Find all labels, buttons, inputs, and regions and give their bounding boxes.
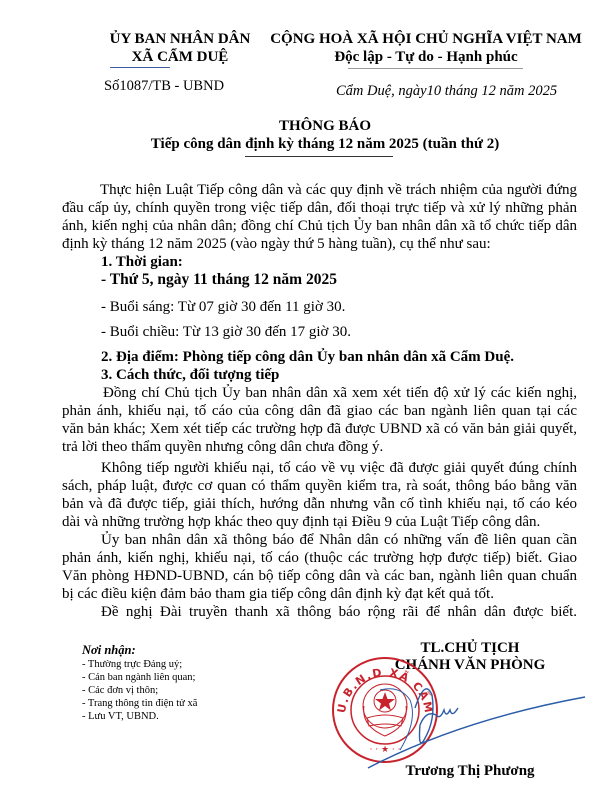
para-line: Đồng chí Chủ tịch Ủy ban nhân dân xã xem… [103,384,577,402]
para-line: trả lời theo thẩm quyền nhưng công dân c… [62,438,577,456]
section-1-date: - Thứ 5, ngày 11 tháng 12 năm 2025 [101,271,337,289]
nation-title: CỘNG HOÀ XÃ HỘI CHỦ NGHĨA VIỆT NAM [236,31,615,48]
notice-title: THÔNG BÁO [0,118,615,135]
national-motto: Độc lập - Tự do - Hạnh phúc [236,49,615,66]
motto-divider [348,68,523,69]
signer-name: Trương Thị Phương [360,763,580,780]
doc-number: Số1087/TB - UBND [104,78,224,95]
recipient-item: - Lưu VT, UBND. [82,711,159,724]
org-underline [110,67,170,68]
afternoon-hours: - Buổi chiều: Từ 13 giờ 30 đến 17 giờ 30… [101,323,351,341]
recipient-item: - Cán ban ngành liên quan; [82,672,195,685]
para-line: Ủy ban nhân dân xã thông báo để Nhân dân… [101,531,577,549]
recipients-label: Nơi nhận: [82,643,136,658]
para-line: văn bản khác; Xem xét tiếp các trường hợ… [62,420,577,438]
section-2-location: 2. Địa điểm: Phòng tiếp công dân Ủy ban … [101,348,514,366]
intro-line: ánh, kiến nghị của nhân dân; đồng chí Ch… [62,217,577,235]
para-line: dài và những trường hợp khác theo quy đị… [62,513,577,531]
signer-title-1: TL.CHỦ TỊCH [360,640,580,657]
para-line: bản và đã được tiếp, giải thích, hướng d… [62,495,577,513]
section-3-title: 3. Cách thức, đối tượng tiếp [101,366,279,384]
para-line: phản ánh, khiếu nại, tố cáo của công dân… [62,402,577,420]
subtitle-underline [245,156,393,157]
recipient-item: - Trang thông tin điện tử xã [82,698,197,711]
para-line: sách, pháp luật, được cơ quan có thẩm qu… [62,477,577,495]
para-line: bị các điều kiện đảm bảo tham gia tiếp c… [62,585,577,603]
notice-subtitle: Tiếp công dân định kỳ tháng 12 năm 2025 … [0,136,615,153]
intro-line: định kỳ tháng 12 năm 2025 (vào ngày thứ … [62,235,577,253]
para-line: Không tiếp người khiếu nại, tố cáo về vụ… [101,459,577,477]
section-1-title: 1. Thời gian: [101,253,183,271]
intro-line: Thực hiện Luật Tiếp công dân và các quy … [100,181,577,199]
para-line: phản ánh, kiến nghị, khiếu nại, tố cáo (… [62,549,577,567]
para-line: Văn phòng HĐND-UBND, cán bộ tiếp công dâ… [62,567,577,585]
morning-hours: - Buổi sáng: Từ 07 giờ 30 đến 11 giờ 30. [101,298,345,316]
recipient-item: - Các đơn vị thôn; [82,685,158,698]
recipient-item: - Thường trực Đảng uỷ; [82,659,182,672]
place-date: Cẩm Duệ, ngày10 tháng 12 năm 2025 [336,83,557,100]
intro-line: đầu cấp ủy, chính quyền trong việc tiếp … [62,199,577,217]
para-line: Đề nghị Đài truyền thanh xã thông báo rộ… [101,603,577,621]
